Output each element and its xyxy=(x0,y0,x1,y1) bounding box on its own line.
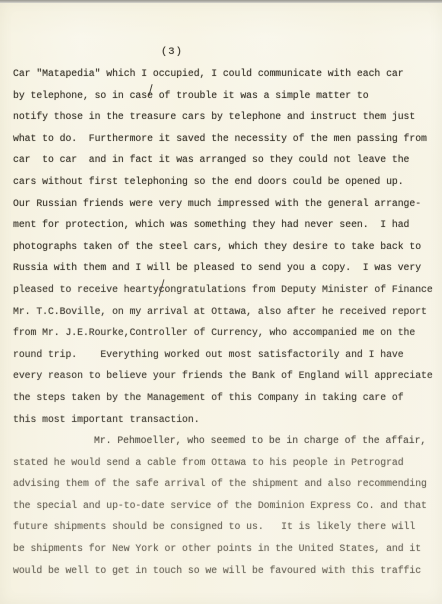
letter-line: would be well to get in touch so we will… xyxy=(13,560,437,582)
letter-line: advising them of the safe arrival of the… xyxy=(13,473,437,495)
letter-line: stated he would send a cable from Ottawa… xyxy=(13,452,437,474)
letter-line: Car "Matapedia" which I occupied, I coul… xyxy=(13,63,437,85)
letter-line: ment for protection, which was something… xyxy=(13,214,437,236)
letter-line: pleased to receive heartycongratulations… xyxy=(13,279,437,301)
letter-line: car to car and in fact it was arranged s… xyxy=(13,149,437,171)
letter-line: by telephone, so in case of trouble it w… xyxy=(13,85,437,107)
letter-line: photographs taken of the steel cars, whi… xyxy=(13,236,437,258)
letter-line: the special and up-to-date service of th… xyxy=(13,495,437,517)
letter-line: cars without first telephoning so the en… xyxy=(13,171,437,193)
letter-line: notify those in the treasure cars by tel… xyxy=(13,106,437,128)
scan-edge-top xyxy=(0,0,442,3)
letter-line: every reason to believe your friends the… xyxy=(13,365,437,387)
letter-line: Our Russian friends were very much impre… xyxy=(13,193,437,215)
letter-line: be shipments for New York or other point… xyxy=(13,538,437,560)
letter-line: Mr. Pehmoeller, who seemed to be in char… xyxy=(13,430,437,452)
document-page: (3) Car "Matapedia" which I occupied, I … xyxy=(0,0,442,604)
letter-line: what to do. Furthermore it saved the nec… xyxy=(13,128,437,150)
letter-body: Car "Matapedia" which I occupied, I coul… xyxy=(13,63,437,581)
letter-line: from Mr. J.E.Rourke,Controller of Curren… xyxy=(13,322,437,344)
letter-line: Russia with them and I will be pleased t… xyxy=(13,257,437,279)
letter-line: the steps taken by the Management of thi… xyxy=(13,387,437,409)
page-number: (3) xyxy=(161,46,183,58)
letter-line: round trip. Everything worked out most s… xyxy=(13,344,437,366)
letter-line: future shipments should be consigned to … xyxy=(13,516,437,538)
letter-line: this most important transaction. xyxy=(13,409,437,431)
letter-line: Mr. T.C.Boville, on my arrival at Ottawa… xyxy=(13,301,437,323)
